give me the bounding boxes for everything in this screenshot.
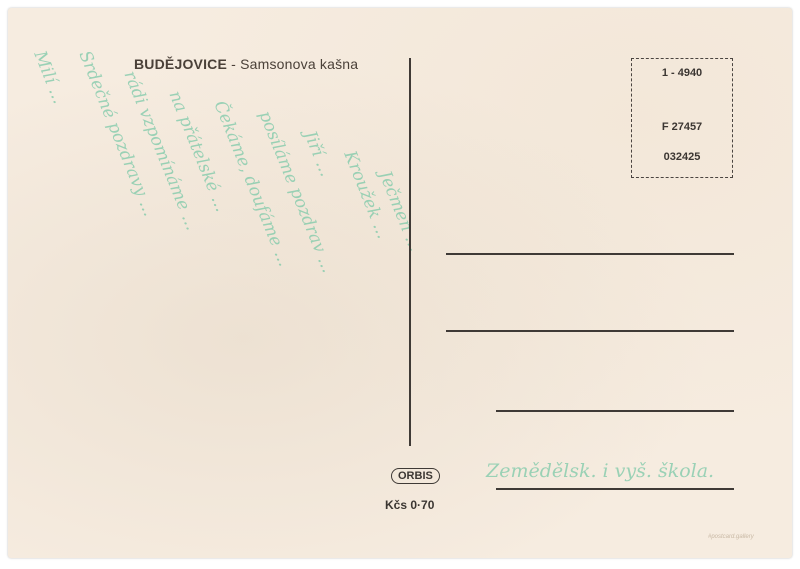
stamp-code-3: 032425 bbox=[632, 151, 732, 163]
message-line: Jiří ... bbox=[299, 128, 335, 179]
stamp-box: 1 - 4940 F 27457 032425 bbox=[631, 58, 733, 178]
address-line-4 bbox=[496, 488, 734, 490]
message-line: posíláme pozdrav ... bbox=[254, 108, 337, 276]
stamp-code-1: 1 - 4940 bbox=[632, 67, 732, 79]
address-handwriting: Zemědělsk. i vyš. škola. bbox=[486, 460, 714, 482]
publisher-logo: ORBIS bbox=[391, 468, 440, 484]
stamp-code-2: F 27457 bbox=[632, 121, 732, 133]
address-line-1 bbox=[446, 253, 734, 255]
price-label: Kčs 0·70 bbox=[385, 498, 434, 512]
watermark: #postcard.gallery bbox=[708, 534, 754, 540]
address-line-2 bbox=[446, 330, 734, 332]
address-line-3 bbox=[496, 410, 734, 412]
center-divider bbox=[409, 58, 411, 446]
postcard-back: BUDĚJOVICE - Samsonova kašna Milí ... Sr… bbox=[8, 8, 792, 558]
message-line: Milí ... bbox=[29, 48, 68, 107]
handwritten-message: Milí ... Srdečné pozdravy ... rádi vzpom… bbox=[18, 28, 398, 548]
